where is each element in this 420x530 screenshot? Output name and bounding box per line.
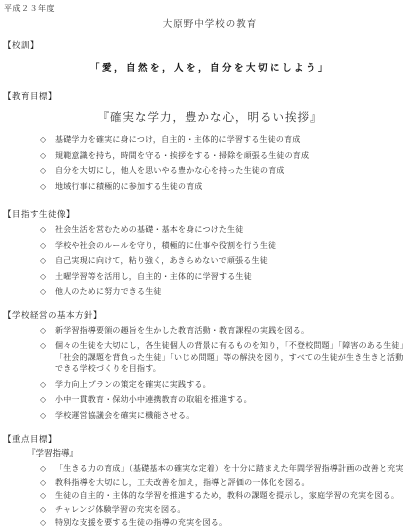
list-item: ◇ 学力向上プランの策定を確実に実践する。 (40, 379, 408, 391)
diamond-bullet-icon: ◇ (40, 255, 55, 267)
list-item-text: 新学習指導要領の趣旨を生かした教育活動・教育課程の実践を図る。 (55, 325, 408, 337)
list-item-text: 自己実現に向けて，粘り強く，あきらめないで頑張る生徒 (55, 255, 408, 267)
section-heading-mezasu-seitozo: 【目指す生徒像】 (3, 208, 420, 220)
list-item: ◇ 生徒の自主的・主体的な学習を推進するため，教科の課題を提示し，家庭学習の充実… (40, 490, 408, 502)
ideal-student-list: ◇ 社会生活を営むための基礎・基本を身につけた生徒 ◇ 学校や社会のルールを守り… (40, 224, 408, 298)
list-item-text: 学力向上プランの策定を確実に実践する。 (55, 379, 408, 391)
diamond-bullet-icon: ◇ (40, 240, 55, 252)
list-item: ◇ 他人のために努力できる生徒 (40, 286, 408, 298)
list-item-text: 規範意識を持ち，時間を守る・挨拶をする・掃除を頑張る生徒の育成 (55, 150, 408, 162)
diamond-bullet-icon: ◇ (40, 325, 55, 337)
school-motto: 「愛，自然を，人を，自分を大切にしよう」 (0, 60, 420, 74)
list-item-text: 学校や社会のルールを守り，積極的に仕事や役割を行う生徒 (55, 240, 408, 252)
list-item-text: 教科指導を大切にし，工夫改善を加え，指導と評価の一体化を図る。 (55, 477, 408, 489)
priority-goals-list: ◇ 「生きる力の育成」（基礎基本の確実な定着）を十分に踏まえた年間学習指導計画の… (40, 463, 408, 529)
list-item-text: 小中一貫教育・保幼小中連携教育の取組を推進する。 (55, 394, 408, 406)
list-item: ◇ 自己実現に向けて，粘り強く，あきらめないで頑張る生徒 (40, 255, 408, 267)
list-item-text: 自分を大切にし，他人を思いやる豊かな心を持った生徒の育成 (55, 165, 408, 177)
diamond-bullet-icon: ◇ (40, 165, 55, 177)
list-item-text: 特別な支援を要する生徒の指導の充実を図る。 (55, 517, 408, 529)
list-item: ◇ 個々の生徒を大切にし，各生徒個人の背景に有るものを知り，「不登校問題」「障害… (40, 340, 408, 375)
diamond-bullet-icon: ◇ (40, 504, 55, 516)
list-item-text: 学校運営協議会を確実に機能させる。 (55, 410, 408, 422)
education-goals-slogan: 『確実な学力，豊かな心，明るい挨拶』 (0, 109, 420, 125)
diamond-bullet-icon: ◇ (40, 463, 55, 475)
section-heading-juten-mokuhyo: 【重点目標】 (3, 433, 420, 445)
list-item: ◇ 教科指導を大切にし，工夫改善を加え，指導と評価の一体化を図る。 (40, 477, 408, 489)
diamond-bullet-icon: ◇ (40, 224, 55, 236)
diamond-bullet-icon: ◇ (40, 490, 55, 502)
list-item: ◇ 地域行事に積極的に参加する生徒の育成 (40, 181, 408, 193)
list-item: ◇ 学校や社会のルールを守り，積極的に仕事や役割を行う生徒 (40, 240, 408, 252)
list-item-text: 「生きる力の育成」（基礎基本の確実な定着）を十分に踏まえた年間学習指導計画の改善… (55, 463, 408, 475)
diamond-bullet-icon: ◇ (40, 394, 55, 406)
section-heading-kokun: 【校訓】 (3, 39, 420, 51)
section-heading-keiei-hoshin: 【学校経営の基本方針】 (3, 309, 420, 321)
diamond-bullet-icon: ◇ (40, 134, 55, 146)
document-page: 平成２３年度 大原野中学校の教育 【校訓】 「愛，自然を，人を，自分を大切にしよ… (0, 0, 420, 530)
list-item: ◇ 基礎学力を確実に身につけ，自主的・主体的に学習する生徒の育成 (40, 134, 408, 146)
list-item: ◇ 特別な支援を要する生徒の指導の充実を図る。 (40, 517, 408, 529)
section-heading-kyoiku-mokuhyo: 【教育目標】 (3, 90, 420, 102)
list-item-text: 地域行事に積極的に参加する生徒の育成 (55, 181, 408, 193)
list-item-text: 社会生活を営むための基礎・基本を身につけた生徒 (55, 224, 408, 236)
list-item-text: 個々の生徒を大切にし，各生徒個人の背景に有るものを知り，「不登校問題」「障害のあ… (55, 340, 408, 375)
diamond-bullet-icon: ◇ (40, 286, 55, 298)
diamond-bullet-icon: ◇ (40, 340, 55, 352)
list-item-text: チャレンジ体験学習の充実を図る。 (55, 504, 408, 516)
subsection-heading-gakushu-shido: 『学習指導』 (27, 447, 420, 459)
list-item: ◇ 新学習指導要領の趣旨を生かした教育活動・教育課程の実践を図る。 (40, 325, 408, 337)
list-item: ◇ 小中一貫教育・保幼小中連携教育の取組を推進する。 (40, 394, 408, 406)
education-goals-list: ◇ 基礎学力を確実に身につけ，自主的・主体的に学習する生徒の育成 ◇ 規範意識を… (40, 134, 408, 192)
fiscal-year-label: 平成２３年度 (0, 0, 420, 14)
list-item-text: 他人のために努力できる生徒 (55, 286, 408, 298)
list-item: ◇ 「生きる力の育成」（基礎基本の確実な定着）を十分に踏まえた年間学習指導計画の… (40, 463, 408, 475)
diamond-bullet-icon: ◇ (40, 150, 55, 162)
list-item-text: 土曜学習等を活用し，自主的・主体的に学習する生徒 (55, 271, 408, 283)
diamond-bullet-icon: ◇ (40, 271, 55, 283)
diamond-bullet-icon: ◇ (40, 379, 55, 391)
document-title: 大原野中学校の教育 (0, 16, 420, 30)
diamond-bullet-icon: ◇ (40, 181, 55, 193)
list-item: ◇ 社会生活を営むための基礎・基本を身につけた生徒 (40, 224, 408, 236)
diamond-bullet-icon: ◇ (40, 517, 55, 529)
list-item: ◇ 自分を大切にし，他人を思いやる豊かな心を持った生徒の育成 (40, 165, 408, 177)
diamond-bullet-icon: ◇ (40, 410, 55, 422)
management-policy-list: ◇ 新学習指導要領の趣旨を生かした教育活動・教育課程の実践を図る。 ◇ 個々の生… (40, 325, 408, 422)
list-item: ◇ チャレンジ体験学習の充実を図る。 (40, 504, 408, 516)
diamond-bullet-icon: ◇ (40, 477, 55, 489)
list-item: ◇ 学校運営協議会を確実に機能させる。 (40, 410, 408, 422)
list-item: ◇ 規範意識を持ち，時間を守る・挨拶をする・掃除を頑張る生徒の育成 (40, 150, 408, 162)
list-item-text: 生徒の自主的・主体的な学習を推進するため，教科の課題を提示し，家庭学習の充実を図… (55, 490, 408, 502)
list-item-text: 基礎学力を確実に身につけ，自主的・主体的に学習する生徒の育成 (55, 134, 408, 146)
list-item: ◇ 土曜学習等を活用し，自主的・主体的に学習する生徒 (40, 271, 408, 283)
